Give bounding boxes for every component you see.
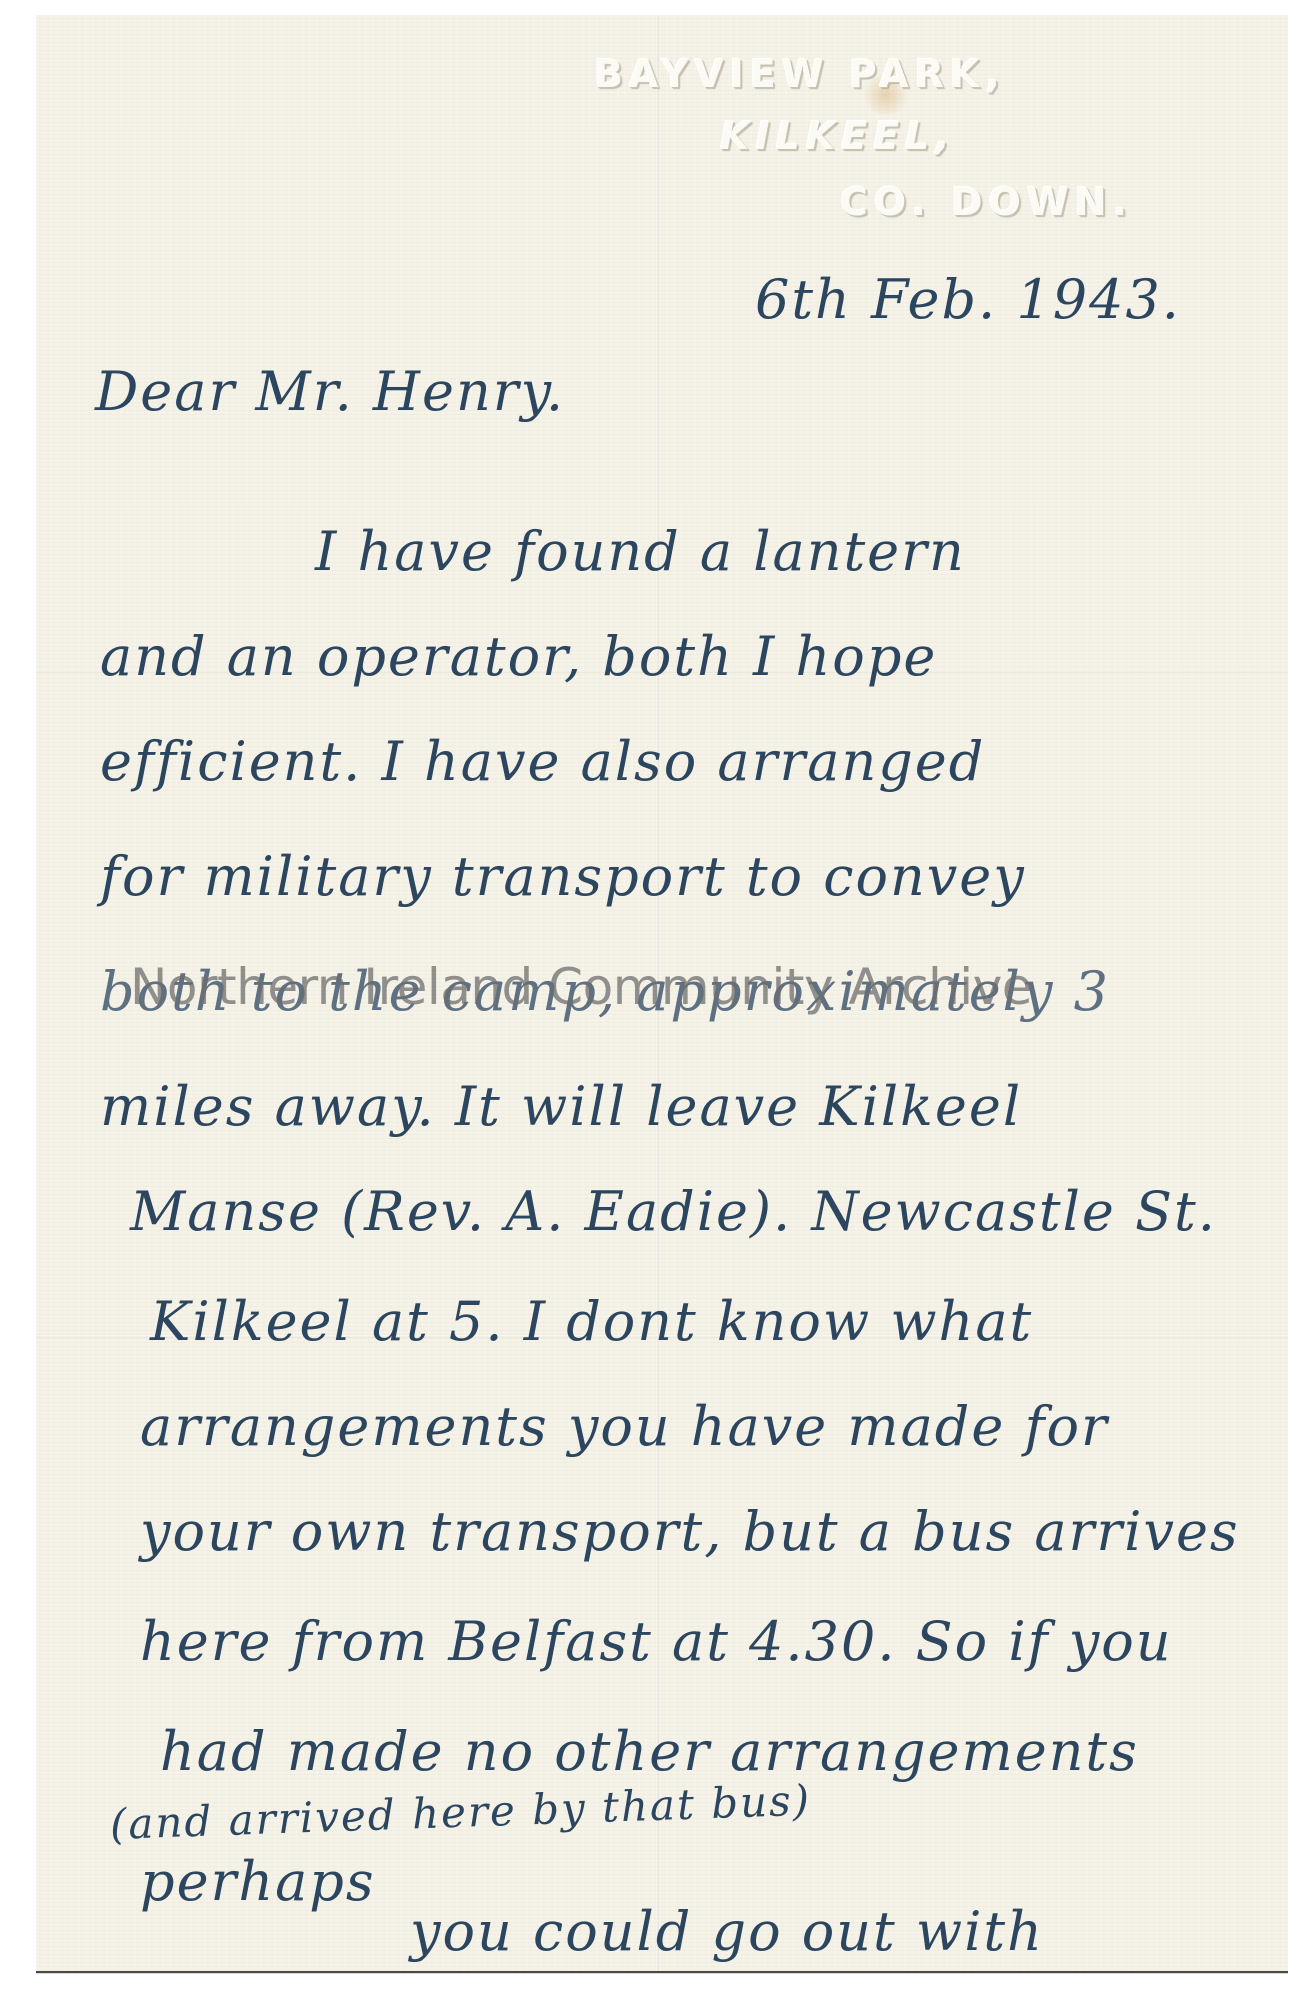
letter-line: miles away. It will leave Kilkeel [100, 1075, 1022, 1138]
letter-line: here from Belfast at 4.30. So if you [140, 1610, 1173, 1673]
letter-line: arrangements you have made for [140, 1395, 1109, 1458]
letter-line: Manse (Rev. A. Eadie). Newcastle St. [130, 1180, 1217, 1243]
letterhead-line-1: BAYVIEW PARK, [594, 52, 1006, 96]
letter-line: efficient. I have also arranged [100, 730, 985, 793]
letter-date: 6th Feb. 1943. [755, 268, 1181, 331]
letter-line: had made no other arrangements [160, 1720, 1139, 1783]
letter-line: you could go out with [410, 1900, 1044, 1963]
letter-line: your own transport, but a bus arrives [140, 1500, 1240, 1563]
archive-watermark: Northern Ireland Community Archive [130, 958, 1032, 1016]
letter-line: perhaps [140, 1850, 376, 1913]
letter-line: Kilkeel at 5. I dont know what [150, 1290, 1033, 1353]
letterhead-line-3: CO. DOWN. [840, 180, 1133, 224]
letter-line: I have found a lantern [315, 520, 966, 583]
letter-line: for military transport to convey [100, 845, 1026, 908]
letterhead-line-2: KILKEEL, [720, 114, 956, 158]
letter-salutation: Dear Mr. Henry. [95, 360, 565, 423]
letter-line: and an operator, both I hope [100, 625, 937, 688]
